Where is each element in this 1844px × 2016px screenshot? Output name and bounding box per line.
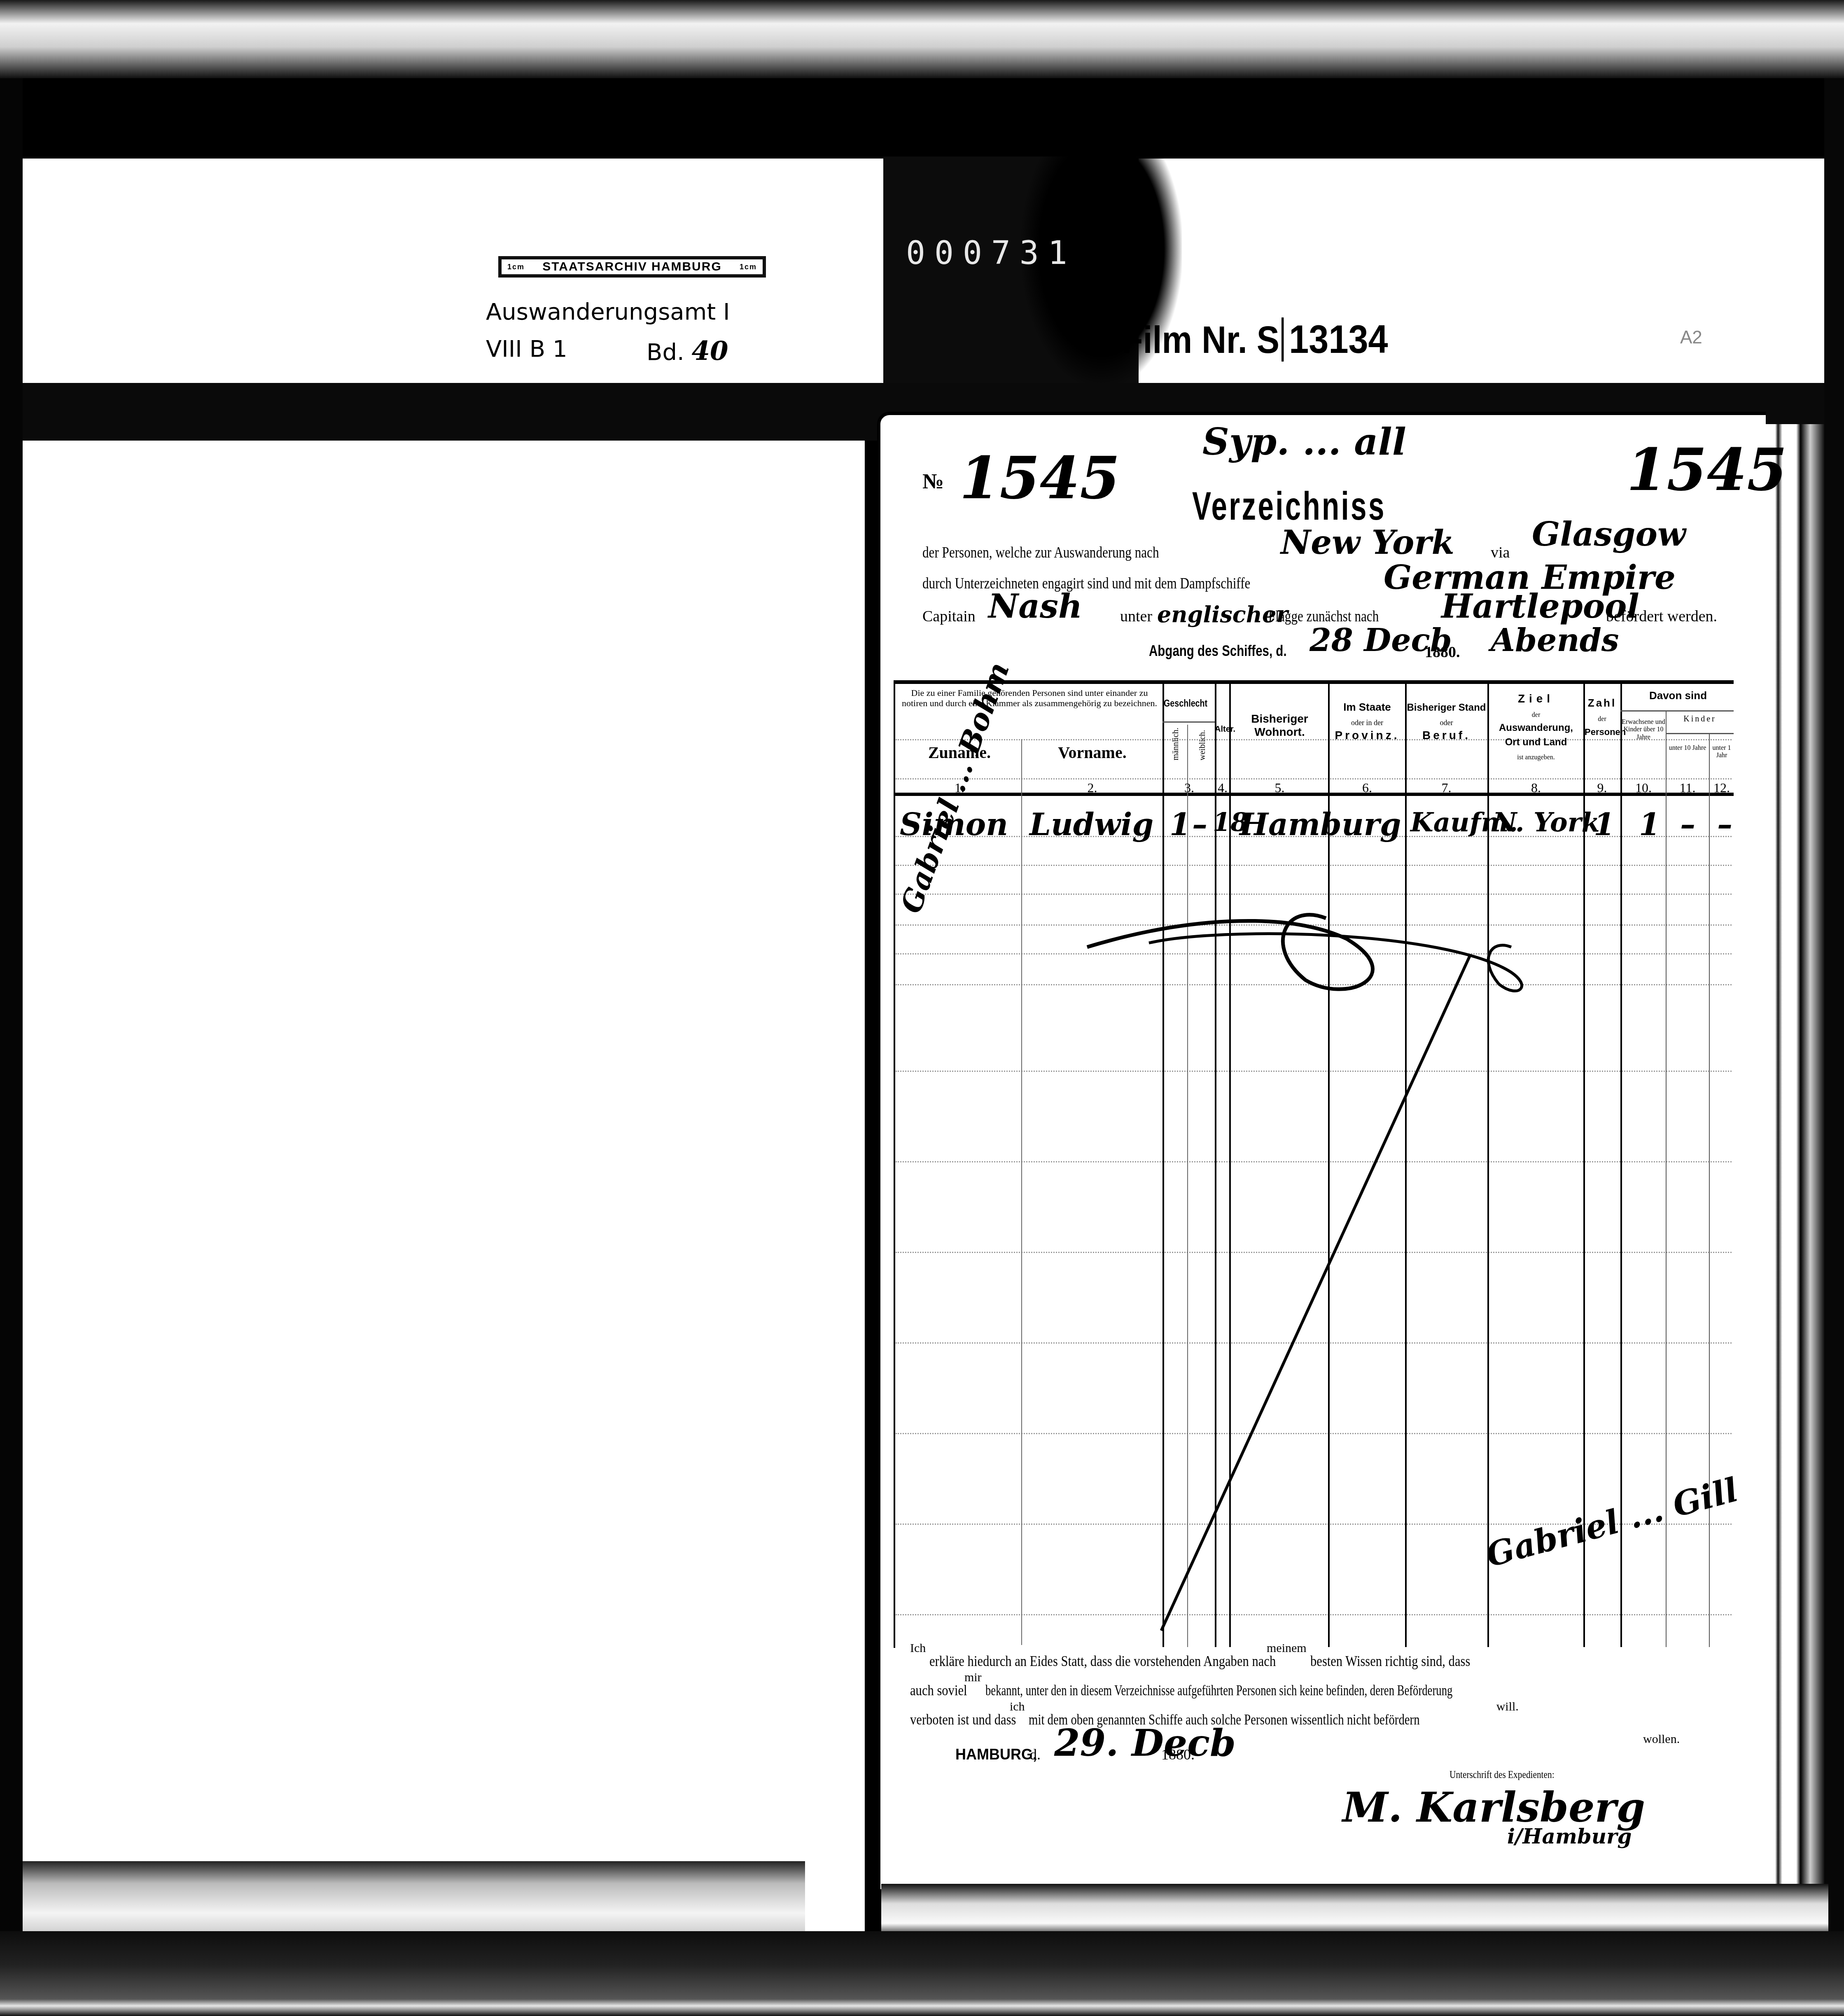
scale-mark-left: 1cm — [507, 263, 525, 271]
declaration-year: 1880. — [1161, 1746, 1195, 1763]
intro-line-1: der Personen, welche zur Auswanderung na… — [922, 544, 1211, 562]
decl-text-2: bekannt, unter den in diesem Verzeichnis… — [985, 1676, 1452, 1704]
date-label: d. — [1029, 1746, 1041, 1763]
decl-ich: Ich — [910, 1641, 926, 1655]
decl-meinem: meinem — [1267, 1641, 1307, 1655]
signature-label-text: Unterschrift des Expedienten: — [1450, 1769, 1555, 1781]
departure-label: Abgang des Schiffes, d. — [1149, 642, 1287, 660]
corner-mark: A2 — [1680, 327, 1702, 348]
flag-prefix: unter — [1120, 607, 1152, 625]
film-strip-bottom — [0, 1931, 1844, 2016]
decl-ich-2: ich — [1010, 1700, 1025, 1713]
number-label: № — [922, 469, 944, 494]
declaration-date: 29. Decb — [1054, 1721, 1236, 1765]
expedient-signature-sub: i/Hamburg — [1507, 1824, 1632, 1848]
line3-end: befördert werden. — [1606, 607, 1717, 625]
decl-mir: mir — [964, 1671, 982, 1684]
archive-card: Auswanderungsamt I VIII B 1 Bd. 40 — [416, 290, 877, 381]
document-number-corner: 1545 — [1627, 436, 1787, 504]
destination: New York — [1281, 523, 1454, 562]
decl-text-3-start: verboten ist und dass — [910, 1706, 1016, 1734]
intro-line-2: durch Unterzeichneten engagirt sind und … — [922, 574, 1322, 593]
document-number: 1545 — [959, 445, 1120, 512]
place: HAMBURG, — [955, 1746, 1037, 1763]
left-page-blank — [23, 441, 865, 1948]
frame-counter: 000731 — [906, 235, 1076, 272]
series-code: VIII B 1 — [486, 336, 567, 362]
declaration-line-3: verboten ist und dass ich mit dem oben g… — [910, 1706, 1758, 1735]
decl-text-1-end: besten Wissen richtig sind, dass — [1310, 1647, 1470, 1675]
decl-text-2-start: auch soviel — [910, 1676, 967, 1704]
departure-year: 1880. — [1425, 643, 1460, 661]
archive-label-text: STAATSARCHIV HAMBURG — [542, 260, 722, 274]
captain-name: Nash — [988, 587, 1082, 625]
declaration-line-1: Ich erkläre hiedurch an Eides Statt, das… — [910, 1647, 1758, 1676]
departure-line: Abgang des Schiffes, d. — [1149, 642, 1317, 660]
film-edge-left — [0, 78, 23, 1931]
office-name: Auswanderungsamt I — [486, 299, 730, 325]
via-port: Glasgow — [1532, 515, 1686, 553]
film-number-label: Film Nr. S — [1122, 319, 1279, 361]
volume-number: 40 — [692, 336, 728, 366]
left-page-edge — [23, 1861, 805, 1935]
captain-label: Capitain — [922, 607, 976, 625]
departure-time: Abends — [1491, 622, 1619, 658]
page-bottom-edge — [881, 1884, 1828, 1933]
signature-label: Unterschrift des Expedienten: — [1450, 1769, 1577, 1781]
film-number-value: 13134 — [1281, 317, 1388, 362]
intro-text-2: durch Unterzeichneten engagirt sind und … — [922, 574, 1250, 593]
decl-wollen: wollen. — [1643, 1725, 1680, 1753]
film-number: Film Nr. S13134 — [1122, 317, 1388, 362]
page-title: Verzeichniss — [1192, 484, 1386, 529]
film-strip-top — [0, 0, 1844, 78]
decl-will: will. — [1496, 1700, 1519, 1713]
scale-mark-right: 1cm — [740, 263, 757, 271]
declaration: Ich erkläre hiedurch an Eides Statt, das… — [910, 1647, 1758, 1735]
volume-label: Bd. — [647, 339, 684, 366]
film-edge-right — [1824, 78, 1844, 1931]
top-annotation: Syp. ... all — [1202, 420, 1406, 464]
intro-text-1: der Personen, welche zur Auswanderung na… — [922, 544, 1159, 562]
declaration-line-2: auch soviel mir bekannt, unter den in di… — [910, 1676, 1758, 1706]
volume: Bd. 40 — [647, 336, 728, 366]
archive-label: 1cm STAATSARCHIV HAMBURG 1cm — [498, 256, 766, 278]
